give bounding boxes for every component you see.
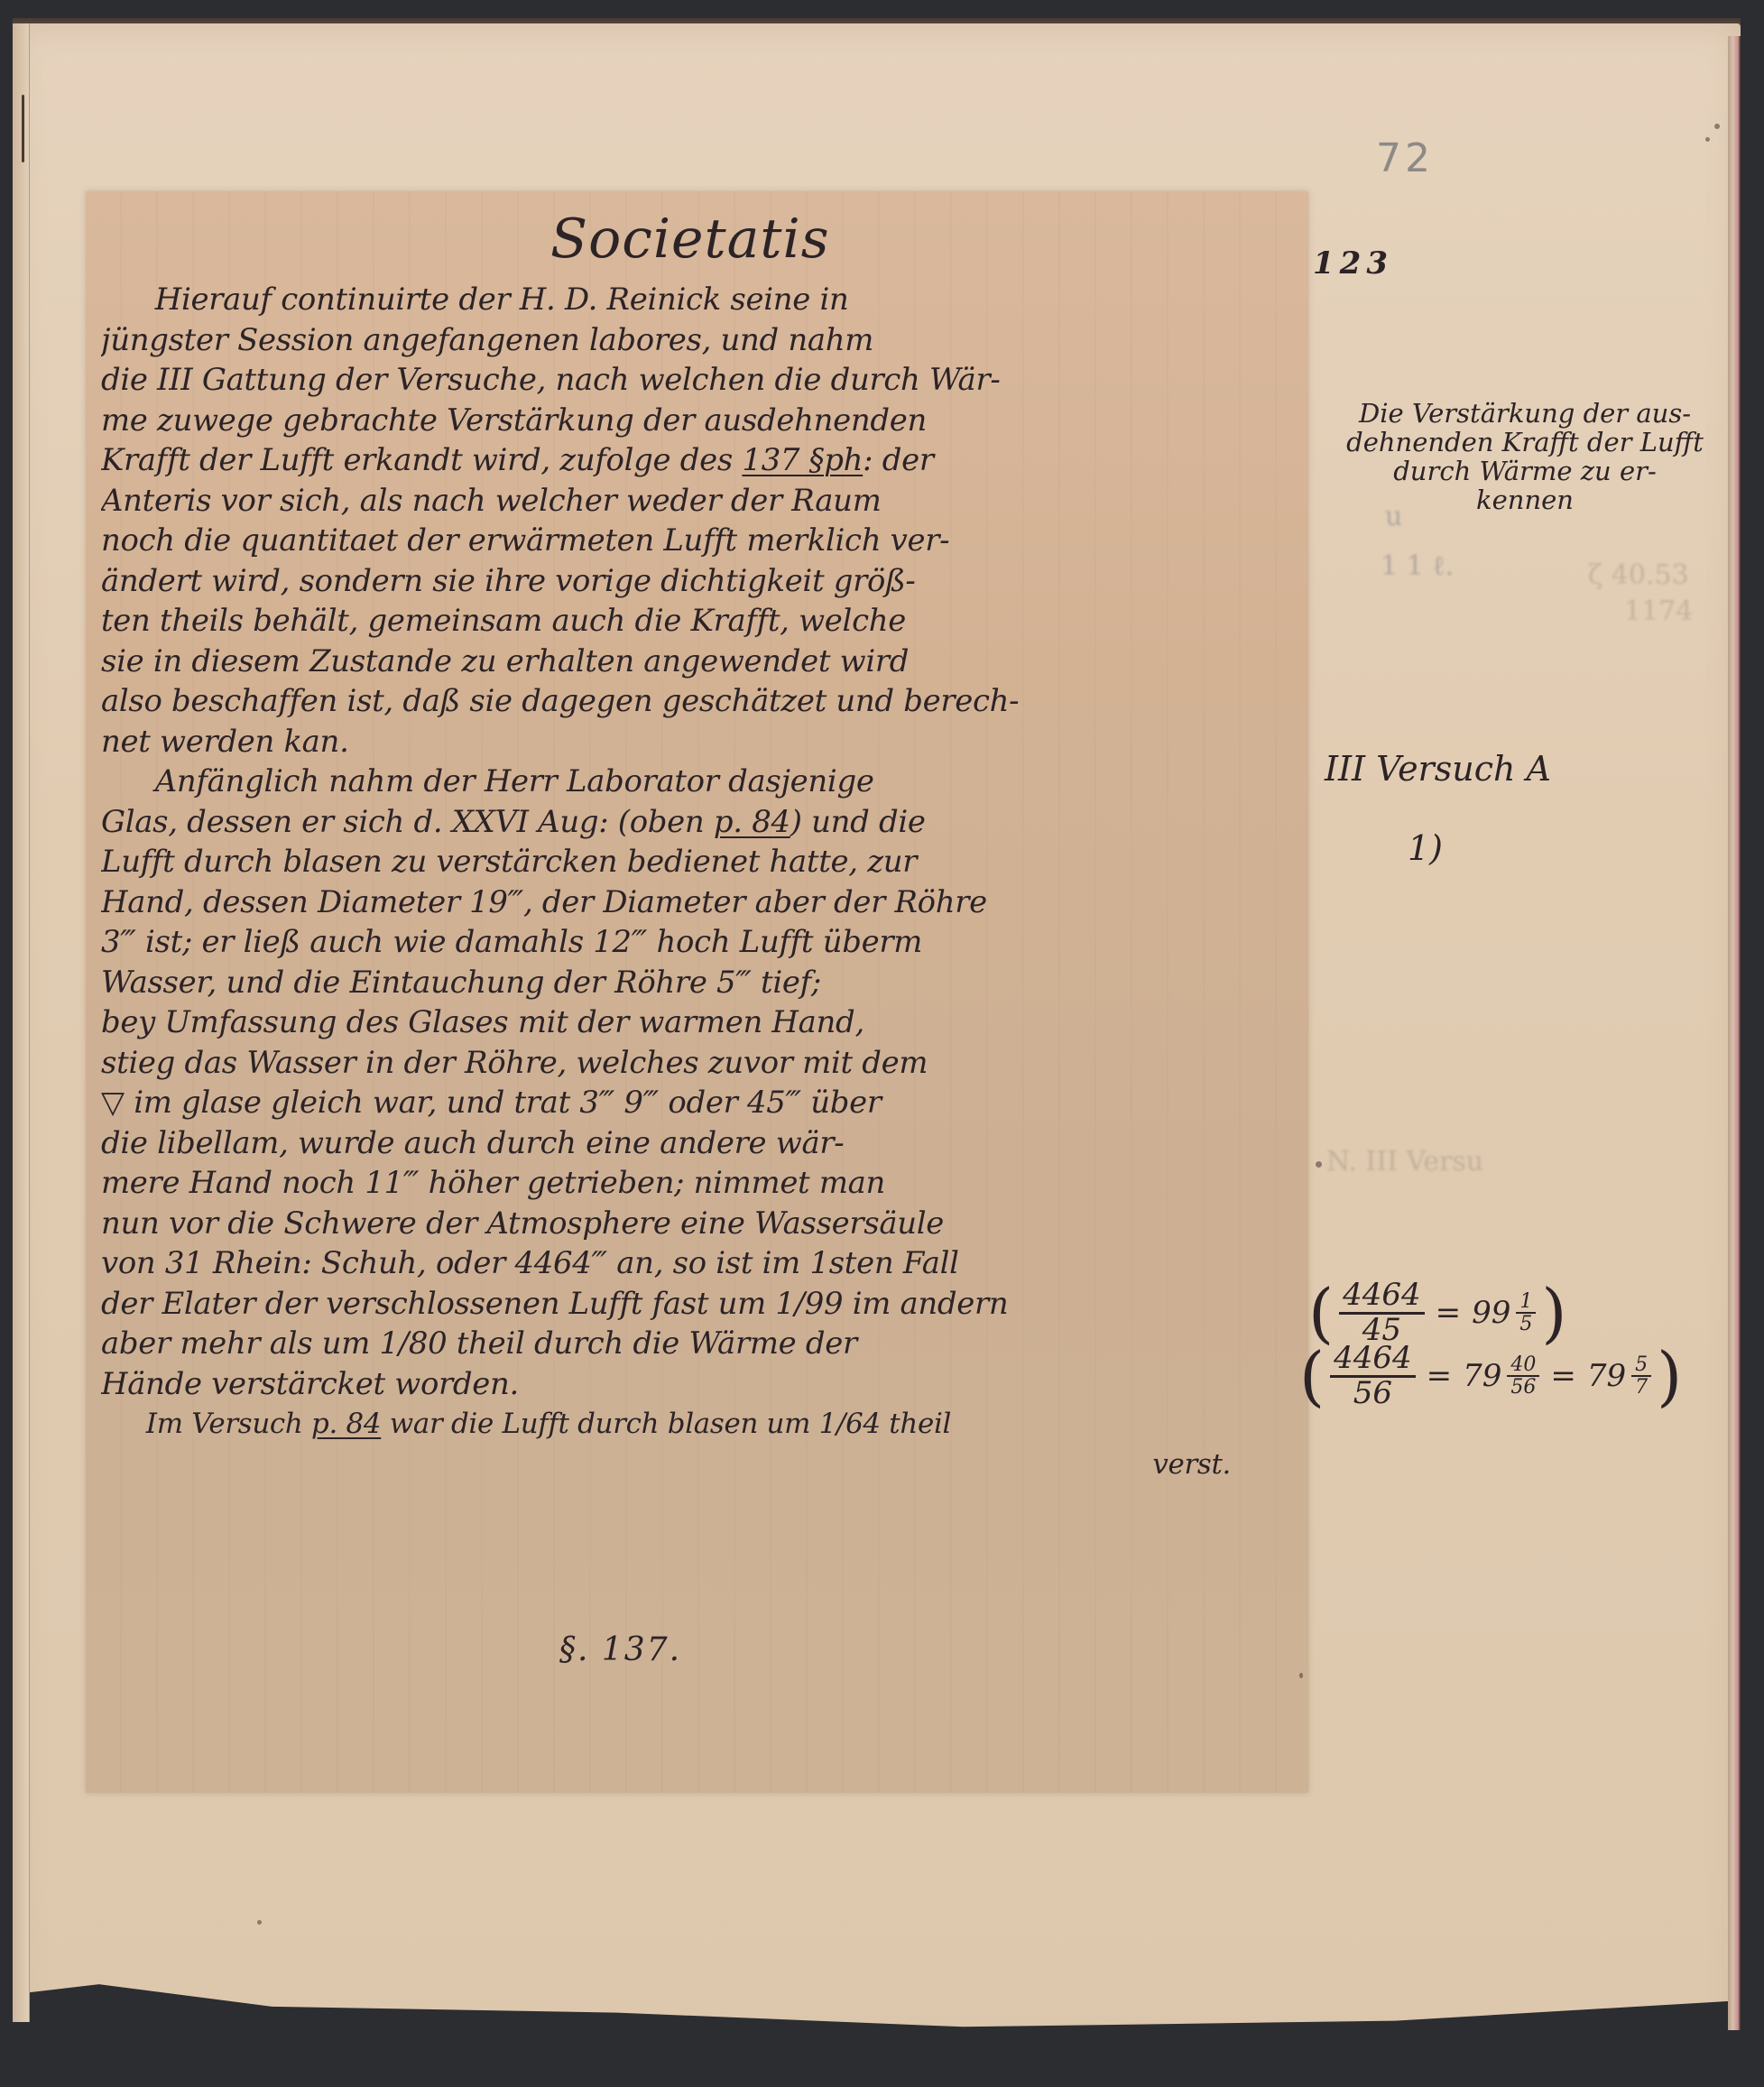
- text-line: bey Umfassung des Glases mit der warmen …: [101, 1002, 1306, 1043]
- text-line: ändert wird, sondern sie ihre vorige dic…: [101, 561, 1306, 602]
- text-line: stieg das Wasser in der Röhre, welches z…: [101, 1043, 1306, 1084]
- result-fraction: 5 7: [1631, 1354, 1651, 1398]
- text-line: noch die quantitaet der erwärmeten Lufft…: [101, 521, 1306, 561]
- text-line: sie in diesem Zustande zu erhalten angew…: [101, 642, 1306, 682]
- close-paren: ): [1541, 1280, 1566, 1345]
- text-line: Glas, dessen er sich d. XXVI Aug: (oben …: [101, 802, 1306, 843]
- gutter-fold: [13, 23, 30, 2022]
- text-line: net werden kan.: [101, 722, 1306, 762]
- text-line: Hand, dessen Diameter 19‴, der Diameter …: [101, 882, 1306, 923]
- show-through-text: N. III Versu: [1326, 1146, 1483, 1177]
- result-fraction: 1 5: [1516, 1291, 1536, 1334]
- folio-number-ink: 123: [1313, 245, 1393, 282]
- margin-note-line: dehnenden Krafft der Lufft: [1317, 428, 1732, 457]
- text-line: 3‴ ist; er ließ auch wie damahls 12‴ hoc…: [101, 922, 1306, 963]
- margin-calculation-1: ( 4464 45 = 99 1 5 ): [1308, 1279, 1566, 1346]
- binding-crack: [22, 95, 24, 162]
- underlined-reference: 137 §ph: [742, 442, 863, 478]
- show-through-text: ζ 40.53: [1588, 559, 1689, 591]
- text-line: Lufft durch blasen zu verstärcken bedien…: [101, 842, 1306, 882]
- mid-whole: 79: [1463, 1358, 1501, 1394]
- underlined-reference: p. 84: [714, 804, 790, 840]
- text-line: die libellam, wurde auch durch eine ande…: [101, 1123, 1306, 1164]
- text-line: Krafft der Lufft erkandt wird, zufolge d…: [101, 440, 1306, 481]
- fraction: 4464 45: [1339, 1279, 1425, 1346]
- mid-fraction: 40 56: [1507, 1354, 1539, 1398]
- slip-heading: Societatis: [550, 208, 830, 271]
- text-line: also beschaffen ist, daß sie dagegen ges…: [101, 681, 1306, 722]
- ink-speck: [1299, 1673, 1303, 1678]
- show-through-text: 1174: [1624, 596, 1693, 627]
- open-paren: (: [1308, 1280, 1334, 1345]
- text-line: ten theils behält, gemeinsam auch die Kr…: [101, 601, 1306, 642]
- open-paren: (: [1299, 1344, 1325, 1408]
- close-paren: ): [1657, 1344, 1682, 1408]
- text-line: Hierauf continuirte der H. D. Reinick se…: [101, 280, 1306, 320]
- manuscript-body: Hierauf continuirte der H. D. Reinick se…: [101, 280, 1310, 1484]
- footnote-line: verst.: [101, 1445, 1306, 1485]
- manuscript-scan: ζ 40.53 1174 N. III Versu 1 1 ℓ. u 72 12…: [0, 0, 1764, 2087]
- ink-speck: [1705, 137, 1710, 142]
- fraction: 4464 56: [1330, 1343, 1416, 1409]
- ink-speck: [1316, 1161, 1322, 1168]
- margin-summary-note: Die Verstärkung der aus- dehnenden Kraff…: [1317, 399, 1732, 514]
- text-line: aber mehr als um 1/80 theil durch die Wä…: [101, 1324, 1306, 1364]
- result-whole: 79: [1587, 1358, 1626, 1394]
- folio-number-pencil: 72: [1376, 135, 1434, 181]
- text-line: mere Hand noch 11‴ höher getrieben; nimm…: [101, 1163, 1306, 1204]
- underlined-reference: p. 84: [311, 1408, 381, 1440]
- text-line: Wasser, und die Eintauchung der Röhre 5‴…: [101, 963, 1306, 1003]
- text-line: Anfänglich nahm der Herr Laborator dasje…: [101, 762, 1306, 802]
- text-line: von 31 Rhein: Schuh, oder 4464‴ an, so i…: [101, 1243, 1306, 1284]
- page-fore-edge: [1728, 36, 1741, 2030]
- text-line: Anteris vor sich, als nach welcher weder…: [101, 481, 1306, 522]
- text-line: me zuwege gebrachte Verstärkung der ausd…: [101, 401, 1306, 441]
- text-line: nun vor die Schwere der Atmosphere eine …: [101, 1204, 1306, 1244]
- margin-calculation-2: ( 4464 56 = 79 40 56 = 79 5 7 ): [1299, 1343, 1682, 1409]
- text-line: die III Gattung der Versuche, nach welch…: [101, 360, 1306, 401]
- result-whole: 99: [1472, 1295, 1510, 1331]
- text-line: Hände verstärcket worden.: [101, 1364, 1306, 1405]
- experiment-sub-number: 1): [1408, 828, 1443, 868]
- margin-note-line: kennen: [1317, 485, 1732, 514]
- pencil-marks: 1 1 ℓ.: [1381, 550, 1454, 582]
- footnote-line: Im Versuch p. 84 war die Lufft durch bla…: [101, 1404, 1306, 1445]
- text-line: der Elater der verschlossenen Lufft fast…: [101, 1284, 1306, 1325]
- text-line: ▽ im glase gleich war, und trat 3‴ 9‴ od…: [101, 1083, 1306, 1123]
- section-number: §. 137.: [559, 1631, 681, 1668]
- margin-note-line: Die Verstärkung der aus-: [1317, 399, 1732, 428]
- margin-note-line: durch Wärme zu er-: [1317, 457, 1732, 485]
- ink-speck: [257, 1920, 262, 1925]
- ink-speck: [1714, 124, 1720, 129]
- experiment-label: III Versuch A: [1325, 749, 1551, 789]
- text-line: jüngster Session angefangenen labores, u…: [101, 320, 1306, 361]
